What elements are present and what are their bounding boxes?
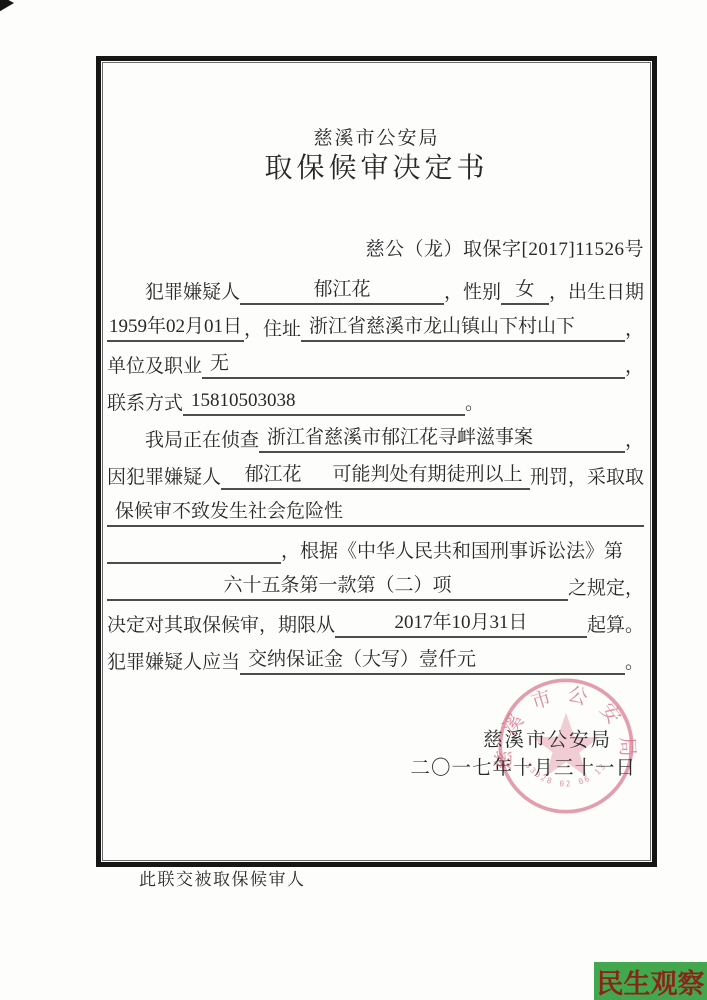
document-line: 六十五条第一款第（二）项之规定， [107, 564, 644, 601]
filled-blank: 浙江省慈溪市龙山镇山下村山下 [301, 315, 625, 342]
line-text: ，根据《中华人民共和国刑事诉讼法》第 [281, 540, 623, 564]
line-text: ，性别 [444, 281, 501, 305]
line-text: 联系方式 [107, 392, 183, 416]
filled-blank: 郁江花 [240, 278, 444, 305]
filled-blank: 浙江省慈溪市郁江花寻衅滋事案 [259, 426, 625, 453]
document-line: 保候审不致发生社会危险性 [107, 490, 644, 527]
line-text: 犯罪嫌疑人 [107, 281, 240, 305]
line-text: 决定对其取保候审，期限从 [107, 614, 335, 638]
line-text: 之规定， [568, 577, 644, 601]
scan-corner-mark [0, 0, 14, 15]
line-text: 刑罚，采取取 [530, 466, 644, 490]
document-line: 因犯罪嫌疑人郁江花可能判处有期徒刑以上刑罚，采取取 [107, 453, 644, 490]
line-text: ，出生日期 [549, 281, 644, 305]
filled-blank: 15810503038 [183, 389, 465, 416]
document-line: 1959年02月01日，住址浙江省慈溪市龙山镇山下村山下， [107, 305, 644, 342]
filled-blank [107, 561, 281, 564]
document-content: 慈溪市公安局 取保候审决定书 慈公（龙）取保字[2017]11526号 犯罪嫌疑… [101, 61, 652, 862]
filled-blank: 六十五条第一款第（二）项 [107, 574, 568, 601]
document-line: 犯罪嫌疑人应当交纳保证金（大写）壹仟元。 [107, 638, 644, 675]
document-line: 犯罪嫌疑人郁江花，性别女，出生日期 [107, 268, 644, 305]
document-number: 慈公（龙）取保字[2017]11526号 [366, 234, 644, 261]
document-line: 决定对其取保候审，期限从2017年10月31日起算。 [107, 601, 644, 638]
document-line: 单位及职业无， [107, 342, 644, 379]
line-text: 我局正在侦查 [107, 429, 259, 453]
document-line: 联系方式15810503038。 [107, 379, 644, 416]
filled-blank: 1959年02月01日 [107, 315, 244, 342]
body-lines: 犯罪嫌疑人郁江花，性别女，出生日期1959年02月01日，住址浙江省慈溪市龙山镇… [107, 268, 644, 675]
line-text: 单位及职业 [107, 355, 202, 379]
filled-blank: 郁江花 [221, 463, 325, 490]
document-line: ，根据《中华人民共和国刑事诉讼法》第 [107, 527, 644, 564]
scanned-document-page: 慈溪市公安局 取保候审决定书 慈公（龙）取保字[2017]11526号 犯罪嫌疑… [0, 0, 707, 1000]
line-text: 起算。 [587, 614, 644, 638]
line-text: 因犯罪嫌疑人 [107, 466, 221, 490]
filled-blank: 可能判处有期徒刑以上 [325, 463, 530, 490]
filled-blank: 女 [501, 278, 549, 305]
filled-blank: 交纳保证金（大写）壹仟元 [240, 648, 625, 675]
signature-date: 二〇一七年十月三十一日 [410, 752, 636, 780]
document-title: 取保候审决定书 [101, 146, 652, 186]
line-text: ， [625, 429, 644, 453]
line-text: 犯罪嫌疑人应当 [107, 651, 240, 675]
line-text: ， [625, 318, 644, 342]
copy-recipient-note: 此联交被取保候审人 [139, 865, 306, 890]
line-text: 。 [465, 392, 484, 416]
signature-authority: 慈溪市公安局 [483, 724, 612, 752]
line-text: ， [625, 355, 644, 379]
filled-blank: 无 [202, 352, 625, 379]
watermark-badge: 民生观察 [594, 962, 707, 1000]
line-text: ，住址 [244, 318, 301, 342]
filled-blank: 2017年10月31日 [335, 611, 587, 638]
document-border-frame: 慈溪市公安局 取保候审决定书 慈公（龙）取保字[2017]11526号 犯罪嫌疑… [96, 56, 657, 867]
filled-blank: 保候审不致发生社会危险性 [107, 500, 644, 527]
document-line: 我局正在侦查浙江省慈溪市郁江花寻衅滋事案， [107, 416, 644, 453]
line-text: 。 [625, 651, 644, 675]
